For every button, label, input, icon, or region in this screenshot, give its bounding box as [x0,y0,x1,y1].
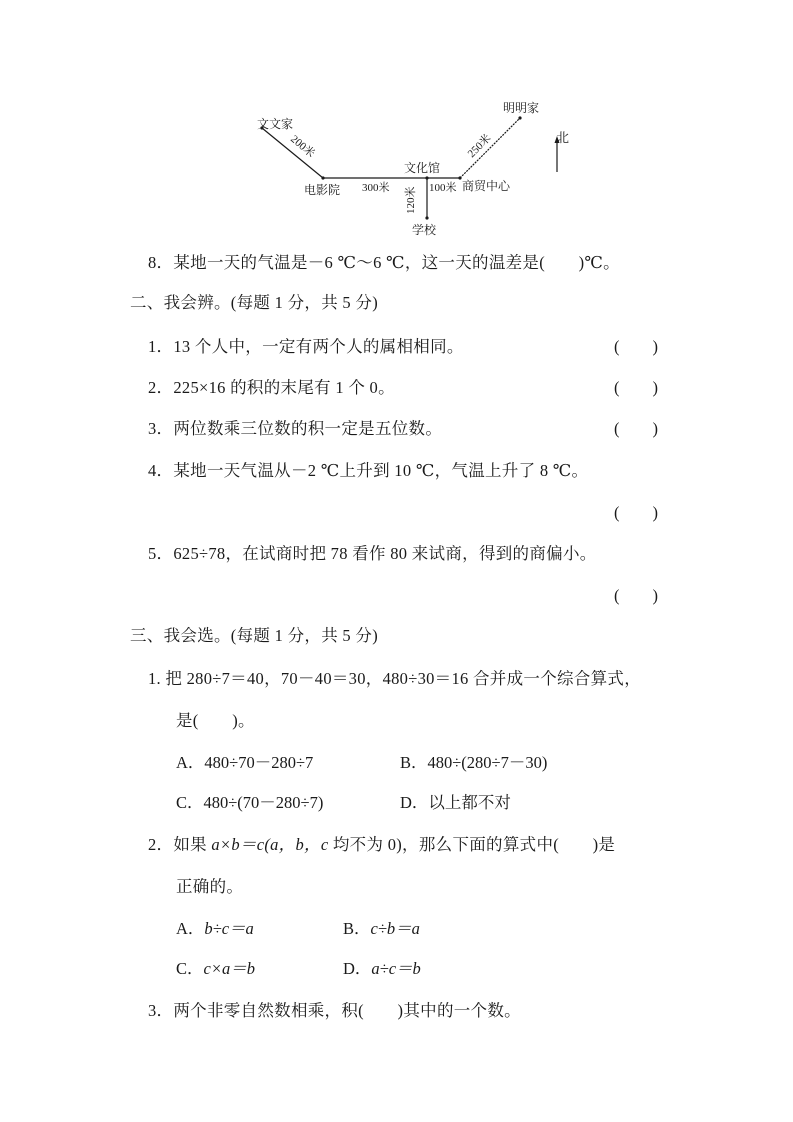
q2-prefix: 2．如果 [148,835,211,854]
label-cinema: 电影院 [304,182,340,197]
judge-question-1: 1．13 个人中，一定有两个人的属相相同。 [148,336,464,358]
label-trade-center: 商贸中心 [462,178,511,193]
judge-answer-1[interactable]: ( ) [614,336,658,358]
option-expr: b÷c＝a [204,919,253,938]
dist-culture-trade: 100米 [429,180,457,194]
judge-answer-5[interactable]: ( ) [614,585,658,607]
dist-wenwen-cinema: 200米 [288,132,318,160]
label-culture-hall: 文化馆 [404,160,440,175]
choice-q2-option-c[interactable]: C．c×a＝b [176,958,255,980]
dist-trade-mingming: 250米 [464,131,493,160]
choice-q2-option-d[interactable]: D．a÷c＝b [343,958,421,980]
choice-q1-option-c[interactable]: C．480÷(70－280÷7) [176,792,323,814]
option-expr: a÷c＝b [371,959,420,978]
route-map-diagram: 北 文文家 明明家 电影院 文化馆 商贸中心 学校 200米 300米 100米… [240,90,580,240]
option-expr: c×a＝b [204,959,255,978]
section-2-title: 二、我会辨。(每题 1 分，共 5 分) [130,292,378,314]
choice-question-1-line1: 1. 把 280÷7＝40，70－40＝30，480÷30＝16 合并成一个综合… [148,668,641,690]
north-label: 北 [556,130,569,145]
choice-question-2-line1: 2．如果 a×b＝c(a，b，c 均不为 0)，那么下面的算式中( )是 [148,834,615,856]
section-3-title: 三、我会选。(每题 1 分，共 5 分) [130,625,378,647]
choice-q1-option-b[interactable]: B．480÷(280÷7－30) [400,752,547,774]
judge-question-2: 2．225×16 的积的末尾有 1 个 0。 [148,377,395,399]
label-school: 学校 [412,222,437,237]
choice-q2-option-a[interactable]: A．b÷c＝a [176,918,254,940]
judge-question-4: 4．某地一天气温从－2 ℃上升到 10 ℃，气温上升了 8 ℃。 [148,460,588,482]
option-expr: c÷b＝a [371,919,420,938]
option-label: D． [343,959,371,978]
label-wenwen-home: 文文家 [257,116,293,131]
judge-question-5: 5．625÷78，在试商时把 78 看作 80 来试商，得到的商偏小。 [148,543,597,565]
choice-q1-option-a[interactable]: A．480÷70－280÷7 [176,752,313,774]
judge-answer-2[interactable]: ( ) [614,377,658,399]
judge-question-3: 3．两位数乘三位数的积一定是五位数。 [148,418,442,440]
option-label: A． [176,919,204,938]
choice-q2-option-b[interactable]: B．c÷b＝a [343,918,420,940]
judge-answer-3[interactable]: ( ) [614,418,658,440]
choice-question-1-line2: 是( )。 [176,710,255,732]
option-label: B． [343,919,371,938]
dist-culture-school: 120米 [403,187,417,215]
choice-question-2-line2: 正确的。 [176,876,243,898]
judge-answer-4[interactable]: ( ) [614,502,658,524]
option-label: C． [176,959,204,978]
q2-suffix: 均不为 0)，那么下面的算式中( )是 [328,835,615,854]
choice-question-3: 3．两个非零自然数相乘，积( )其中的一个数。 [148,1000,521,1022]
choice-q1-option-d[interactable]: D．以上都不对 [400,792,511,814]
q2-expression: a×b＝c(a，b，c [211,835,328,854]
dist-cinema-culture: 300米 [362,180,390,194]
question-8: 8．某地一天的气温是－6 ℃～6 ℃，这一天的温差是( )℃。 [148,252,620,274]
label-mingming-home: 明明家 [503,100,539,115]
